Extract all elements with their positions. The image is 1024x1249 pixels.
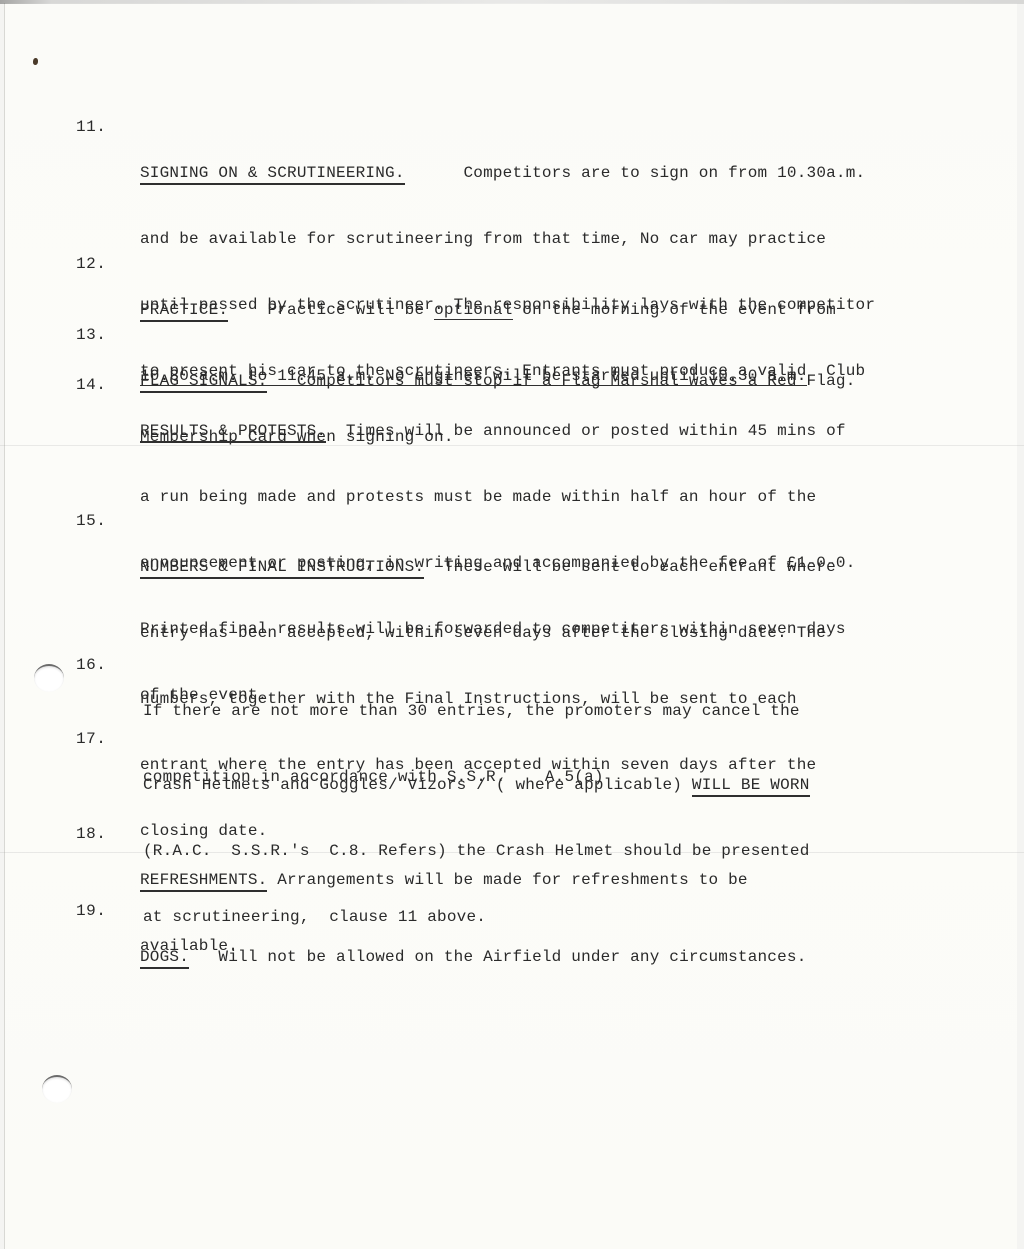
clause-heading: RESULTS & PROTESTS. [140,422,326,443]
clause-text: Competitors are to sign on from 10.30a.m… [463,164,865,182]
clause-number: 13. [76,326,106,344]
clause-text: These will be sent to each entrant where [444,558,836,576]
clause-number: 19. [76,902,106,920]
clause-text: If there are not more than 30 entries, t… [143,700,963,722]
clause-text: Practice will be [267,301,434,319]
clause-number: 18. [76,825,106,843]
clause-text: and be available for scrutineering from … [140,228,960,250]
clause-heading: REFRESHMENTS. [140,871,267,892]
clause-text: Crash Helmets and Goggles/ Vizors / ( wh… [143,776,692,794]
clause-number: 17. [76,730,106,748]
clause-text: Times will be announced or posted within… [346,422,846,440]
clause-heading: DOGS. [140,948,189,969]
clause-text-underlined: WILL BE WORN [692,776,810,797]
clause-text: entry has been accepted, within seven da… [140,622,960,644]
clause-heading: PRACTICE. [140,301,228,322]
clause-number: 11. [76,118,106,136]
clause-number: 15. [76,512,106,530]
clause-text: on the morning of the event from [513,301,836,319]
punch-hole-icon [34,664,64,692]
clause-number: 12. [76,255,106,273]
clause-text: Arrangements will be made for refreshmen… [277,871,747,889]
punch-hole-icon [42,1075,72,1103]
clause-heading: NUMBERS & FINAL INSTRUCTIONS. [140,558,424,579]
clause-heading: SIGNING ON & SCRUTINEERING. [140,164,405,185]
clause-text: Will not be allowed on the Airfield unde… [218,948,806,966]
clause-text: a run being made and protests must be ma… [140,486,960,508]
ink-speck [33,58,38,65]
clause-text-underlined: optional [434,301,512,320]
clause-number: 16. [76,656,106,674]
scan-edge [0,0,1024,4]
clause-body: DOGS. Will not be allowed on the Airfiel… [140,902,960,1012]
clause-number: 14. [76,376,106,394]
